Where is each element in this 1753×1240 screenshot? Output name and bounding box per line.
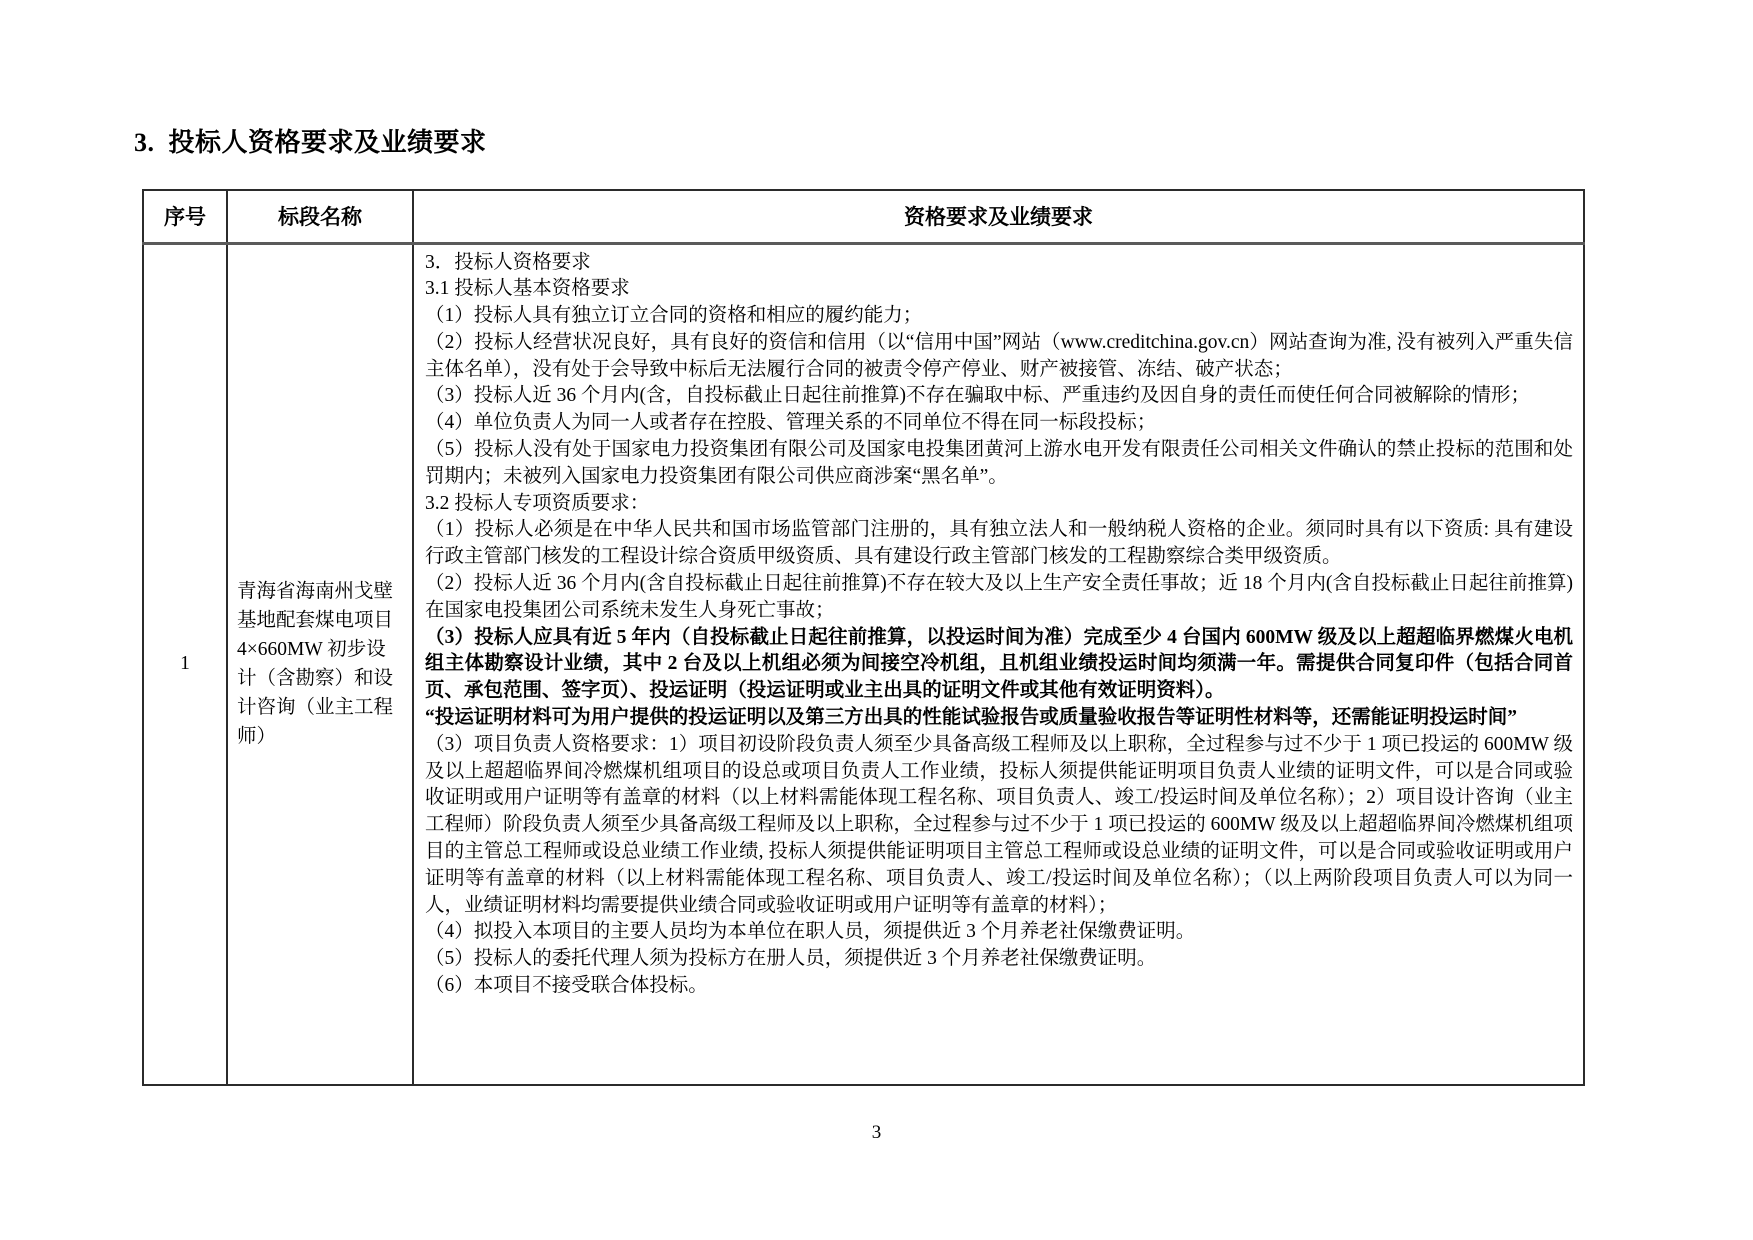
- page-title: 3. 投标人资格要求及业绩要求: [134, 122, 487, 159]
- qualification-table: 序号 标段名称 资格要求及业绩要求 1 青海省海南州戈壁基地配套煤电项目 4×6…: [142, 189, 1585, 1086]
- requirement-paragraph: （5）投标人没有处于国家电力投资集团有限公司及国家电投集团黄河上游水电开发有限责…: [425, 437, 1573, 491]
- requirement-paragraph: （2）投标人经营状况良好，具有良好的资信和信用（以“信用中国”网站（www.cr…: [425, 330, 1573, 384]
- table-row: 1 青海省海南州戈壁基地配套煤电项目 4×660MW 初步设计（含勘察）和设计咨…: [143, 243, 1584, 1085]
- requirement-paragraph: （5）投标人的委托代理人须为投标方在册人员，须提供近 3 个月养老社保缴费证明。: [425, 946, 1573, 973]
- requirement-paragraph: （2）投标人近 36 个月内(含自投标截止日起往前推算)不存在较大及以上生产安全…: [425, 571, 1573, 625]
- requirement-paragraph: （1）投标人必须是在中华人民共和国市场监管部门注册的，具有独立法人和一般纳税人资…: [425, 517, 1573, 571]
- requirement-paragraph: 3．投标人资格要求: [425, 250, 1573, 277]
- table-header-row: 序号 标段名称 资格要求及业绩要求: [143, 190, 1584, 243]
- header-qualification-requirements: 资格要求及业绩要求: [413, 190, 1584, 243]
- requirement-paragraph: （4）拟投入本项目的主要人员均为本单位在职人员，须提供近 3 个月养老社保缴费证…: [425, 919, 1573, 946]
- requirement-paragraph: 3.2 投标人专项资质要求：: [425, 491, 1573, 518]
- requirement-paragraph: （3）投标人应具有近 5 年内（自投标截止日起往前推算，以投运时间为准）完成至少…: [425, 625, 1573, 705]
- requirement-paragraph: “投运证明材料可为用户提供的投运证明以及第三方出具的性能试验报告或质量验收报告等…: [425, 705, 1573, 732]
- requirement-paragraph: （4）单位负责人为同一人或者存在控股、管理关系的不同单位不得在同一标段投标；: [425, 410, 1573, 437]
- requirement-paragraph: （3）项目负责人资格要求：1）项目初设阶段负责人须至少具备高级工程师及以上职称，…: [425, 732, 1573, 920]
- document-page: 3. 投标人资格要求及业绩要求 序号 标段名称 资格要求及业绩要求 1 青海省海…: [0, 0, 1753, 1240]
- cell-serial-number: 1: [143, 243, 227, 1085]
- requirement-paragraph: 3.1 投标人基本资格要求: [425, 276, 1573, 303]
- requirement-paragraph: （3）投标人近 36 个月内(含，自投标截止日起往前推算)不存在骗取中标、严重违…: [425, 383, 1573, 410]
- cell-section-name: 青海省海南州戈壁基地配套煤电项目 4×660MW 初步设计（含勘察）和设计咨询（…: [227, 243, 413, 1085]
- requirement-paragraph: （6）本项目不接受联合体投标。: [425, 973, 1573, 1000]
- header-serial-number: 序号: [143, 190, 227, 243]
- header-section-name: 标段名称: [227, 190, 413, 243]
- requirement-paragraph: （1）投标人具有独立订立合同的资格和相应的履约能力；: [425, 303, 1573, 330]
- requirements-cell: 3．投标人资格要求3.1 投标人基本资格要求（1）投标人具有独立订立合同的资格和…: [413, 243, 1584, 1085]
- page-number: 3: [0, 1122, 1753, 1144]
